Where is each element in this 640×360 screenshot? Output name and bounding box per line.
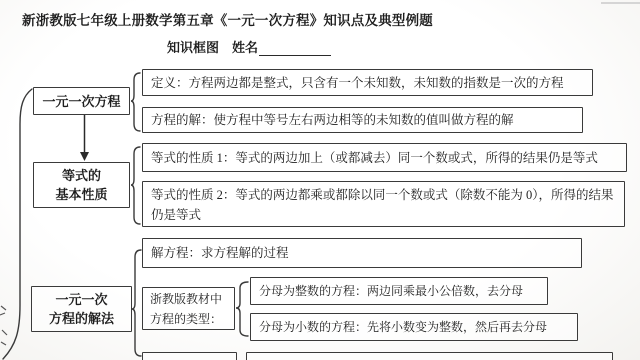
decimal-denominator-text: 分母为小数的方程：先将小数变为整数，然后再去分母: [259, 317, 547, 337]
node-equality-properties-line1: 等式的: [62, 166, 101, 185]
name-label: 姓名: [232, 37, 258, 56]
box-integer-denominator: 分母为整数的方程：两边同乘最小公倍数，去分母: [250, 277, 548, 305]
box-definition: 定义：方程两边都是整式，只含有一个未知数，未知数的指数是一次的方程: [142, 69, 593, 96]
node-equation-types: 浙教版教材中 方程的类型：: [142, 287, 235, 330]
definition-text: 定义：方程两边都是整式，只含有一个未知数，未知数的指数是一次的方程: [151, 73, 564, 93]
solve-definition-text: 解方程：求方程解的过程: [151, 243, 289, 263]
page-title: 新浙教版七年级上册数学第五章《一元一次方程》知识点及典型例题: [22, 9, 422, 29]
root-connector-curve: [3, 89, 32, 359]
equation-types-line2: 方程的类型：: [150, 309, 222, 329]
node-linear-equation-label: 一元一次方程: [42, 92, 120, 111]
integer-denominator-text: 分母为整数的方程：两边同乘最小公倍数，去分母: [259, 281, 523, 301]
equation-types-line1: 浙教版教材中: [150, 289, 222, 309]
property-2-text: 等式的性质 2：等式的两边都乘或都除以同一个数或式（除数不能为 0），所得的结果…: [151, 185, 618, 225]
box-property-1: 等式的性质 1：等式的两边加上（或都减去）同一个数或式，所得的结果仍是等式: [142, 143, 627, 172]
box-cutoff-bottom-left: [142, 352, 237, 360]
brace-equation: [131, 73, 140, 131]
node-equality-properties-line2: 基本性质: [55, 185, 107, 204]
clipped-left-margin-fragment: [0, 306, 7, 345]
subtitle-label: 知识框图: [167, 37, 219, 56]
name-underline: [259, 42, 331, 56]
node-solving-methods-line1: 一元一次: [55, 290, 107, 309]
brace-types: [236, 282, 248, 336]
down-arrow-head: [80, 152, 89, 161]
solution-definition-text: 方程的解：使方程中等号左右两边相等的未知数的值叫做方程的解: [151, 110, 514, 130]
brace-solving: [132, 250, 141, 356]
box-cutoff-bottom-wide: [246, 352, 613, 360]
cut-off-top-right-line: [601, 2, 640, 4]
box-decimal-denominator: 分母为小数的方程：先将小数变为整数，然后再去分母: [250, 313, 578, 341]
box-property-2: 等式的性质 2：等式的两边都乘或都除以同一个数或式（除数不能为 0），所得的结果…: [142, 181, 625, 227]
box-solve-definition: 解方程：求方程解的过程: [142, 238, 582, 268]
subtitle-row: 知识框图 姓名: [167, 40, 331, 56]
node-solving-methods: 一元一次 方程的解法: [31, 286, 132, 332]
box-solution-definition: 方程的解：使方程中等号左右两边相等的未知数的值叫做方程的解: [142, 107, 583, 133]
node-linear-equation: 一元一次方程: [33, 87, 130, 115]
node-equality-properties: 等式的 基本性质: [33, 162, 130, 208]
brace-properties: [131, 147, 140, 224]
knowledge-map-page: 新浙教版七年级上册数学第五章《一元一次方程》知识点及典型例题 知识框图 姓名 一…: [0, 0, 640, 360]
node-solving-methods-line2: 方程的解法: [49, 309, 114, 328]
property-1-text: 等式的性质 1：等式的两边加上（或都减去）同一个数或式，所得的结果仍是等式: [151, 148, 598, 168]
